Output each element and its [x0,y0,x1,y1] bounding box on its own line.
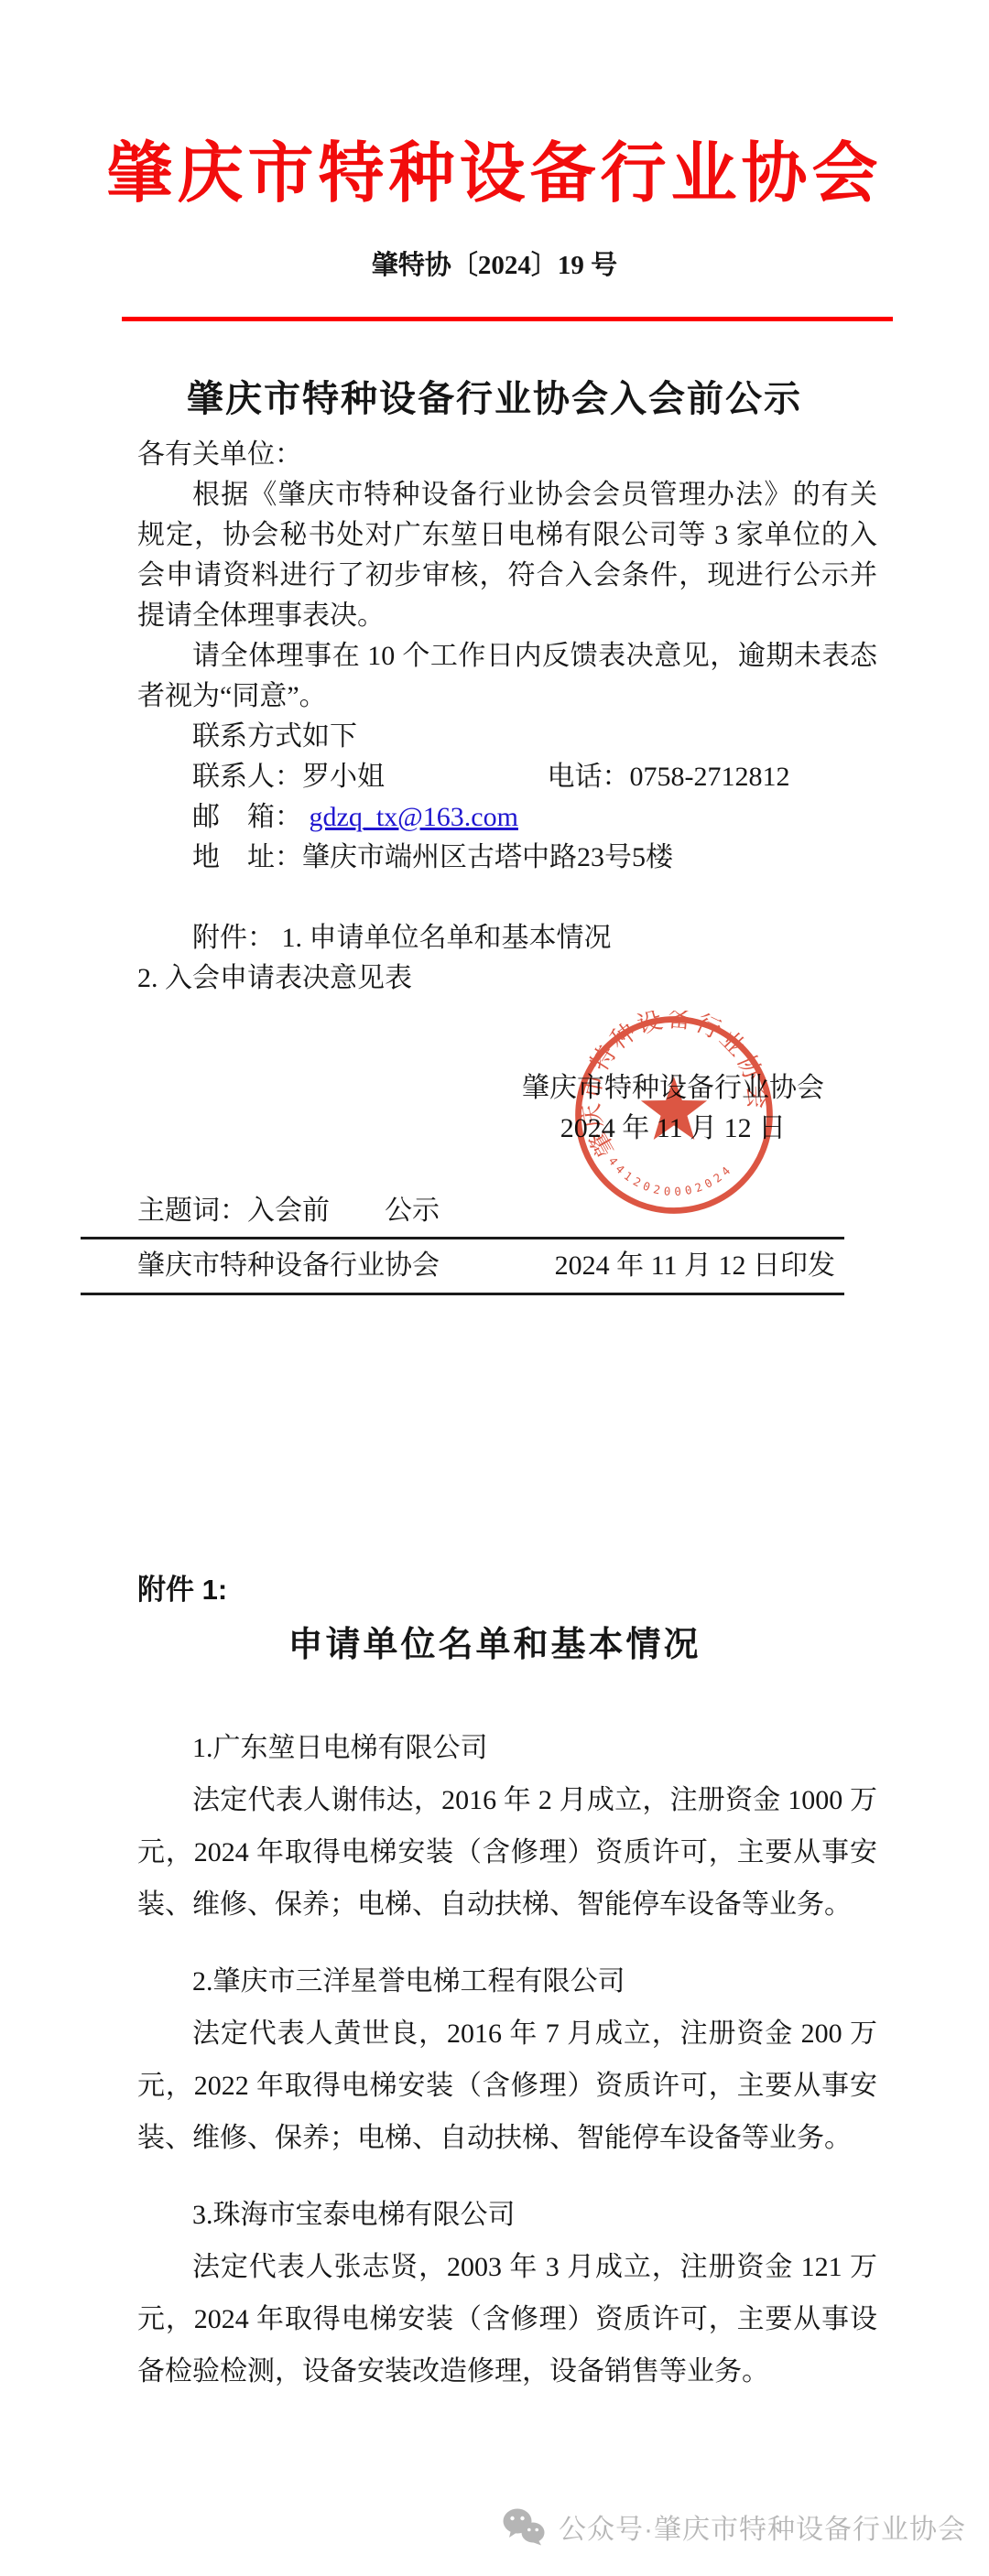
company-name: 3.珠海市宝泰电梯有限公司 [137,2189,877,2241]
issue-date: 2024 年 11 月 12 日印发 [555,1247,835,1285]
wechat-icon [502,2507,546,2546]
contact-person: 联系人：罗小姐 [192,762,385,792]
association-masthead: 肇庆市特种设备行业协会 [0,0,989,214]
company-entry-2: 2.肇庆市三洋星誉电梯工程有限公司 法定代表人黄世良，2016 年 7 月成立，… [137,1955,877,2164]
red-divider-rule [122,317,893,321]
issuer-row: 肇庆市特种设备行业协会 2024 年 11 月 12 日印发 [81,1239,844,1293]
meta-rule-bottom [81,1293,844,1295]
issuer-org: 肇庆市特种设备行业协会 [137,1247,440,1285]
svg-text:4412020002024: 4412020002024 [606,1154,736,1198]
wechat-channel-footer[interactable]: 公众号·肇庆市特种设备行业协会 [502,2506,966,2547]
company-name: 1.广东堃日电梯有限公司 [137,1722,877,1774]
notice-body: 各有关单位： 根据《肇庆市特种设备行业协会会员管理办法》的有关规定，协会秘书处对… [137,435,877,999]
contact-person-row: 联系人：罗小姐 电话：0758-2712812 [137,757,877,797]
document-number: 肇特协〔2024〕19 号 [0,247,989,284]
contact-address: 地 址：肇庆市端州区古塔中路23号5楼 [137,838,877,878]
seal-star-icon [641,1077,707,1140]
paragraph-basis: 根据《肇庆市特种设备行业协会会员管理办法》的有关规定，协会秘书处对广东堃日电梯有… [137,475,877,636]
attachments-label: 附件： [192,923,275,953]
paragraph-vote: 请全体理事在 10 个工作日内反馈表决意见，逾期未表态者视为“同意”。 [137,636,877,717]
attachment-item-1: 1. 申请单位名单和基本情况 [282,923,612,953]
contact-phone: 电话：0758-2712812 [548,762,790,792]
salutation: 各有关单位： [137,435,877,475]
company-entry-3: 3.珠海市宝泰电梯有限公司 法定代表人张志贤，2003 年 3 月成立，注册资金… [137,2189,877,2397]
paragraph-contact-intro: 联系方式如下 [137,717,877,757]
attachment-item-2: 2. 入会申请表决意见表 [137,958,877,999]
company-entry-1: 1.广东堃日电梯有限公司 法定代表人谢伟达，2016 年 2 月成立，注册资金 … [137,1722,877,1931]
spacer [137,878,877,918]
official-red-seal: 肇庆市特种设备行业协会 4412020002024 [570,1011,778,1219]
company-description: 法定代表人黄世良，2016 年 7 月成立，注册资金 200 万元，2022 年… [137,2008,877,2164]
wechat-channel-label: 公众号·肇庆市特种设备行业协会 [559,2506,966,2547]
company-description: 法定代表人谢伟达，2016 年 2 月成立，注册资金 1000 万元，2024 … [137,1774,877,1931]
contact-email-row: 邮 箱： gdzq_tx@163.com [137,797,877,838]
company-name: 2.肇庆市三洋星誉电梯工程有限公司 [137,1955,877,2008]
attachment-1-title: 申请单位名单和基本情况 [0,1619,989,1671]
attachment-1-label: 附件 1: [137,1570,989,1610]
company-description: 法定代表人张志贤，2003 年 3 月成立，注册资金 121 万元，2024 年… [137,2241,877,2397]
notice-title: 肇庆市特种设备行业协会入会前公示 [0,373,989,426]
seal-code: 4412020002024 [606,1154,736,1198]
attachments-row: 附件： 1. 申请单位名单和基本情况 [137,918,877,958]
email-link[interactable]: gdzq_tx@163.com [310,802,518,832]
document-page: 肇庆市特种设备行业协会 肇特协〔2024〕19 号 肇庆市特种设备行业协会入会前… [0,0,989,2576]
email-label: 邮 箱： [192,802,302,832]
